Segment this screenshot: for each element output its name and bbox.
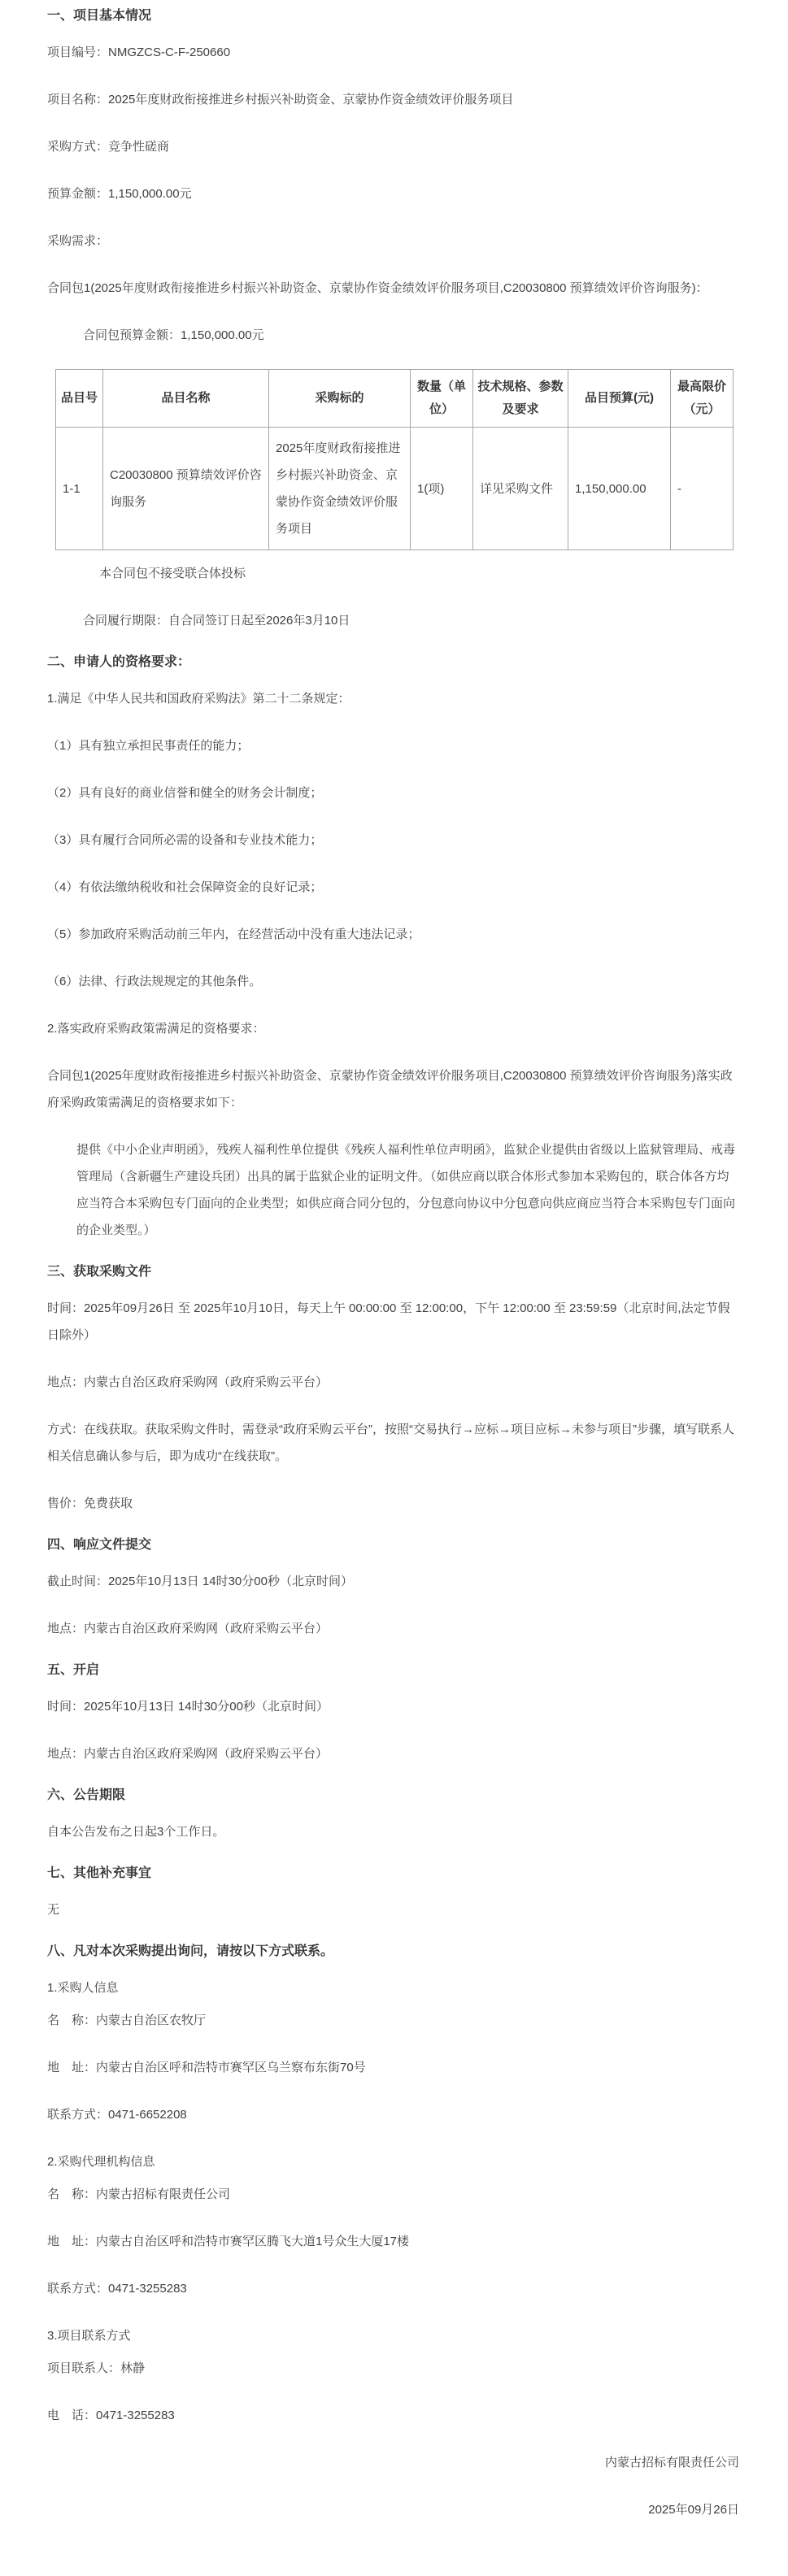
project-number: 项目编号：NMGZCS-C-F-250660 [47,39,739,66]
announcement-period-text: 自本公告发布之日起3个工作日。 [47,1818,739,1845]
purchaser-name: 名 称：内蒙古自治区农牧厅 [47,2007,739,2034]
qualification-item-2: （2）具有良好的商业信誉和健全的财务会计制度； [47,780,739,806]
contract-package-intro: 合同包1(2025年度财政衔接推进乡村振兴补助资金、京蒙协作资金绩效评价服务项目… [47,275,739,302]
submission-location: 地点：内蒙古自治区政府采购网（政府采购云平台） [47,1615,739,1642]
items-table-header-row: 品目号 品目名称 采购标的 数量（单位） 技术规格、参数及要求 品目预算(元) … [56,370,734,428]
header-target: 采购标的 [269,370,411,428]
cell-spec: 详见采购文件 [473,428,568,550]
qualification-item-4: （4）有依法缴纳税收和社会保障资金的良好记录； [47,874,739,901]
project-contact-label: 3.项目联系方式 [47,2322,739,2349]
header-budget: 品目预算(元) [568,370,671,428]
obtain-time: 时间：2025年09月26日 至 2025年10月10日，每天上午 00:00:… [47,1295,739,1349]
no-consortium-note: 本合同包不接受联合体投标 [47,560,739,587]
project-contact-phone: 电 话：0471-3255283 [47,2402,739,2429]
policy-requirement-detail: 合同包1(2025年度财政衔接推进乡村振兴补助资金、京蒙协作资金绩效评价服务项目… [47,1062,739,1116]
cell-item-name: C20030800 预算绩效评价咨询服务 [103,428,269,550]
procurement-announcement-document: 一、项目基本情况 项目编号：NMGZCS-C-F-250660 项目名称：202… [0,0,788,2576]
section-contact-heading: 八、凡对本次采购提出询问，请按以下方式联系。 [47,1944,739,1960]
qualification-item-3: （3）具有履行合同所必需的设备和专业技术能力； [47,827,739,854]
submission-deadline: 截止时间：2025年10月13日 14时30分00秒（北京时间） [47,1568,739,1595]
header-item-no: 品目号 [56,370,103,428]
contract-package-budget: 合同包预算金额：1,150,000.00元 [47,322,739,349]
section-opening-heading: 五、开启 [47,1662,739,1679]
project-name: 项目名称：2025年度财政衔接推进乡村振兴补助资金、京蒙协作资金绩效评价服务项目 [47,86,739,113]
cell-budget: 1,150,000.00 [568,428,671,550]
section-other-heading: 七、其他补充事宜 [47,1866,739,1882]
opening-location: 地点：内蒙古自治区政府采购网（政府采购云平台） [47,1740,739,1767]
procurement-demand-label: 采购需求： [47,228,739,254]
qualification-item-1: （1）具有独立承担民事责任的能力； [47,732,739,759]
sme-declaration-statement: 提供《中小企业声明函》，残疾人福利性单位提供《残疾人福利性单位声明函》，监狱企业… [47,1136,739,1244]
items-table-row: 1-1 C20030800 预算绩效评价咨询服务 2025年度财政衔接推进乡村振… [56,428,734,550]
header-item-name: 品目名称 [103,370,269,428]
other-matters-text: 无 [47,1896,739,1923]
section-obtain-heading: 三、获取采购文件 [47,1264,739,1280]
policy-requirement-intro: 2.落实政府采购政策需满足的资格要求： [47,1015,739,1042]
cell-quantity: 1(项) [411,428,473,550]
section-submission-heading: 四、响应文件提交 [47,1537,739,1553]
obtain-location: 地点：内蒙古自治区政府采购网（政府采购云平台） [47,1369,739,1396]
project-contact-person: 项目联系人：林静 [47,2355,739,2382]
agency-info-label: 2.采购代理机构信息 [47,2148,739,2175]
footer-company: 内蒙古招标有限责任公司 [47,2449,739,2476]
purchaser-address: 地 址：内蒙古自治区呼和浩特市赛罕区乌兰察布东街70号 [47,2054,739,2081]
contract-period: 合同履行期限：自合同签订日起至2026年3月10日 [47,607,739,634]
cell-target: 2025年度财政衔接推进乡村振兴补助资金、京蒙协作资金绩效评价服务项目 [269,428,411,550]
purchaser-info-label: 1.采购人信息 [47,1974,739,2001]
opening-time: 时间：2025年10月13日 14时30分00秒（北京时间） [47,1693,739,1720]
section-period-heading: 六、公告期限 [47,1788,739,1804]
items-table: 品目号 品目名称 采购标的 数量（单位） 技术规格、参数及要求 品目预算(元) … [55,369,734,550]
procurement-method: 采购方式：竞争性磋商 [47,133,739,160]
header-spec: 技术规格、参数及要求 [473,370,568,428]
header-quantity: 数量（单位） [411,370,473,428]
qualification-law-intro: 1.满足《中华人民共和国政府采购法》第二十二条规定： [47,685,739,712]
obtain-price: 售价：免费获取 [47,1490,739,1517]
qualification-item-5: （5）参加政府采购活动前三年内，在经营活动中没有重大违法记录； [47,921,739,948]
cell-price-cap: - [671,428,734,550]
footer-date: 2025年09月26日 [47,2496,739,2523]
agency-name: 名 称：内蒙古招标有限责任公司 [47,2181,739,2208]
qualification-item-6: （6）法律、行政法规规定的其他条件。 [47,968,739,995]
section-basic-heading: 一、项目基本情况 [47,8,739,24]
header-price-cap: 最高限价（元） [671,370,734,428]
agency-address: 地 址：内蒙古自治区呼和浩特市赛罕区腾飞大道1号众生大厦17楼 [47,2228,739,2255]
section-qualification-heading: 二、申请人的资格要求： [47,654,739,671]
agency-phone: 联系方式：0471-3255283 [47,2275,739,2302]
obtain-method: 方式：在线获取。获取采购文件时，需登录“政府采购云平台”，按照“交易执行→应标→… [47,1416,739,1470]
budget-amount: 预算金额：1,150,000.00元 [47,180,739,207]
purchaser-phone: 联系方式：0471-6652208 [47,2101,739,2128]
cell-item-no: 1-1 [56,428,103,550]
